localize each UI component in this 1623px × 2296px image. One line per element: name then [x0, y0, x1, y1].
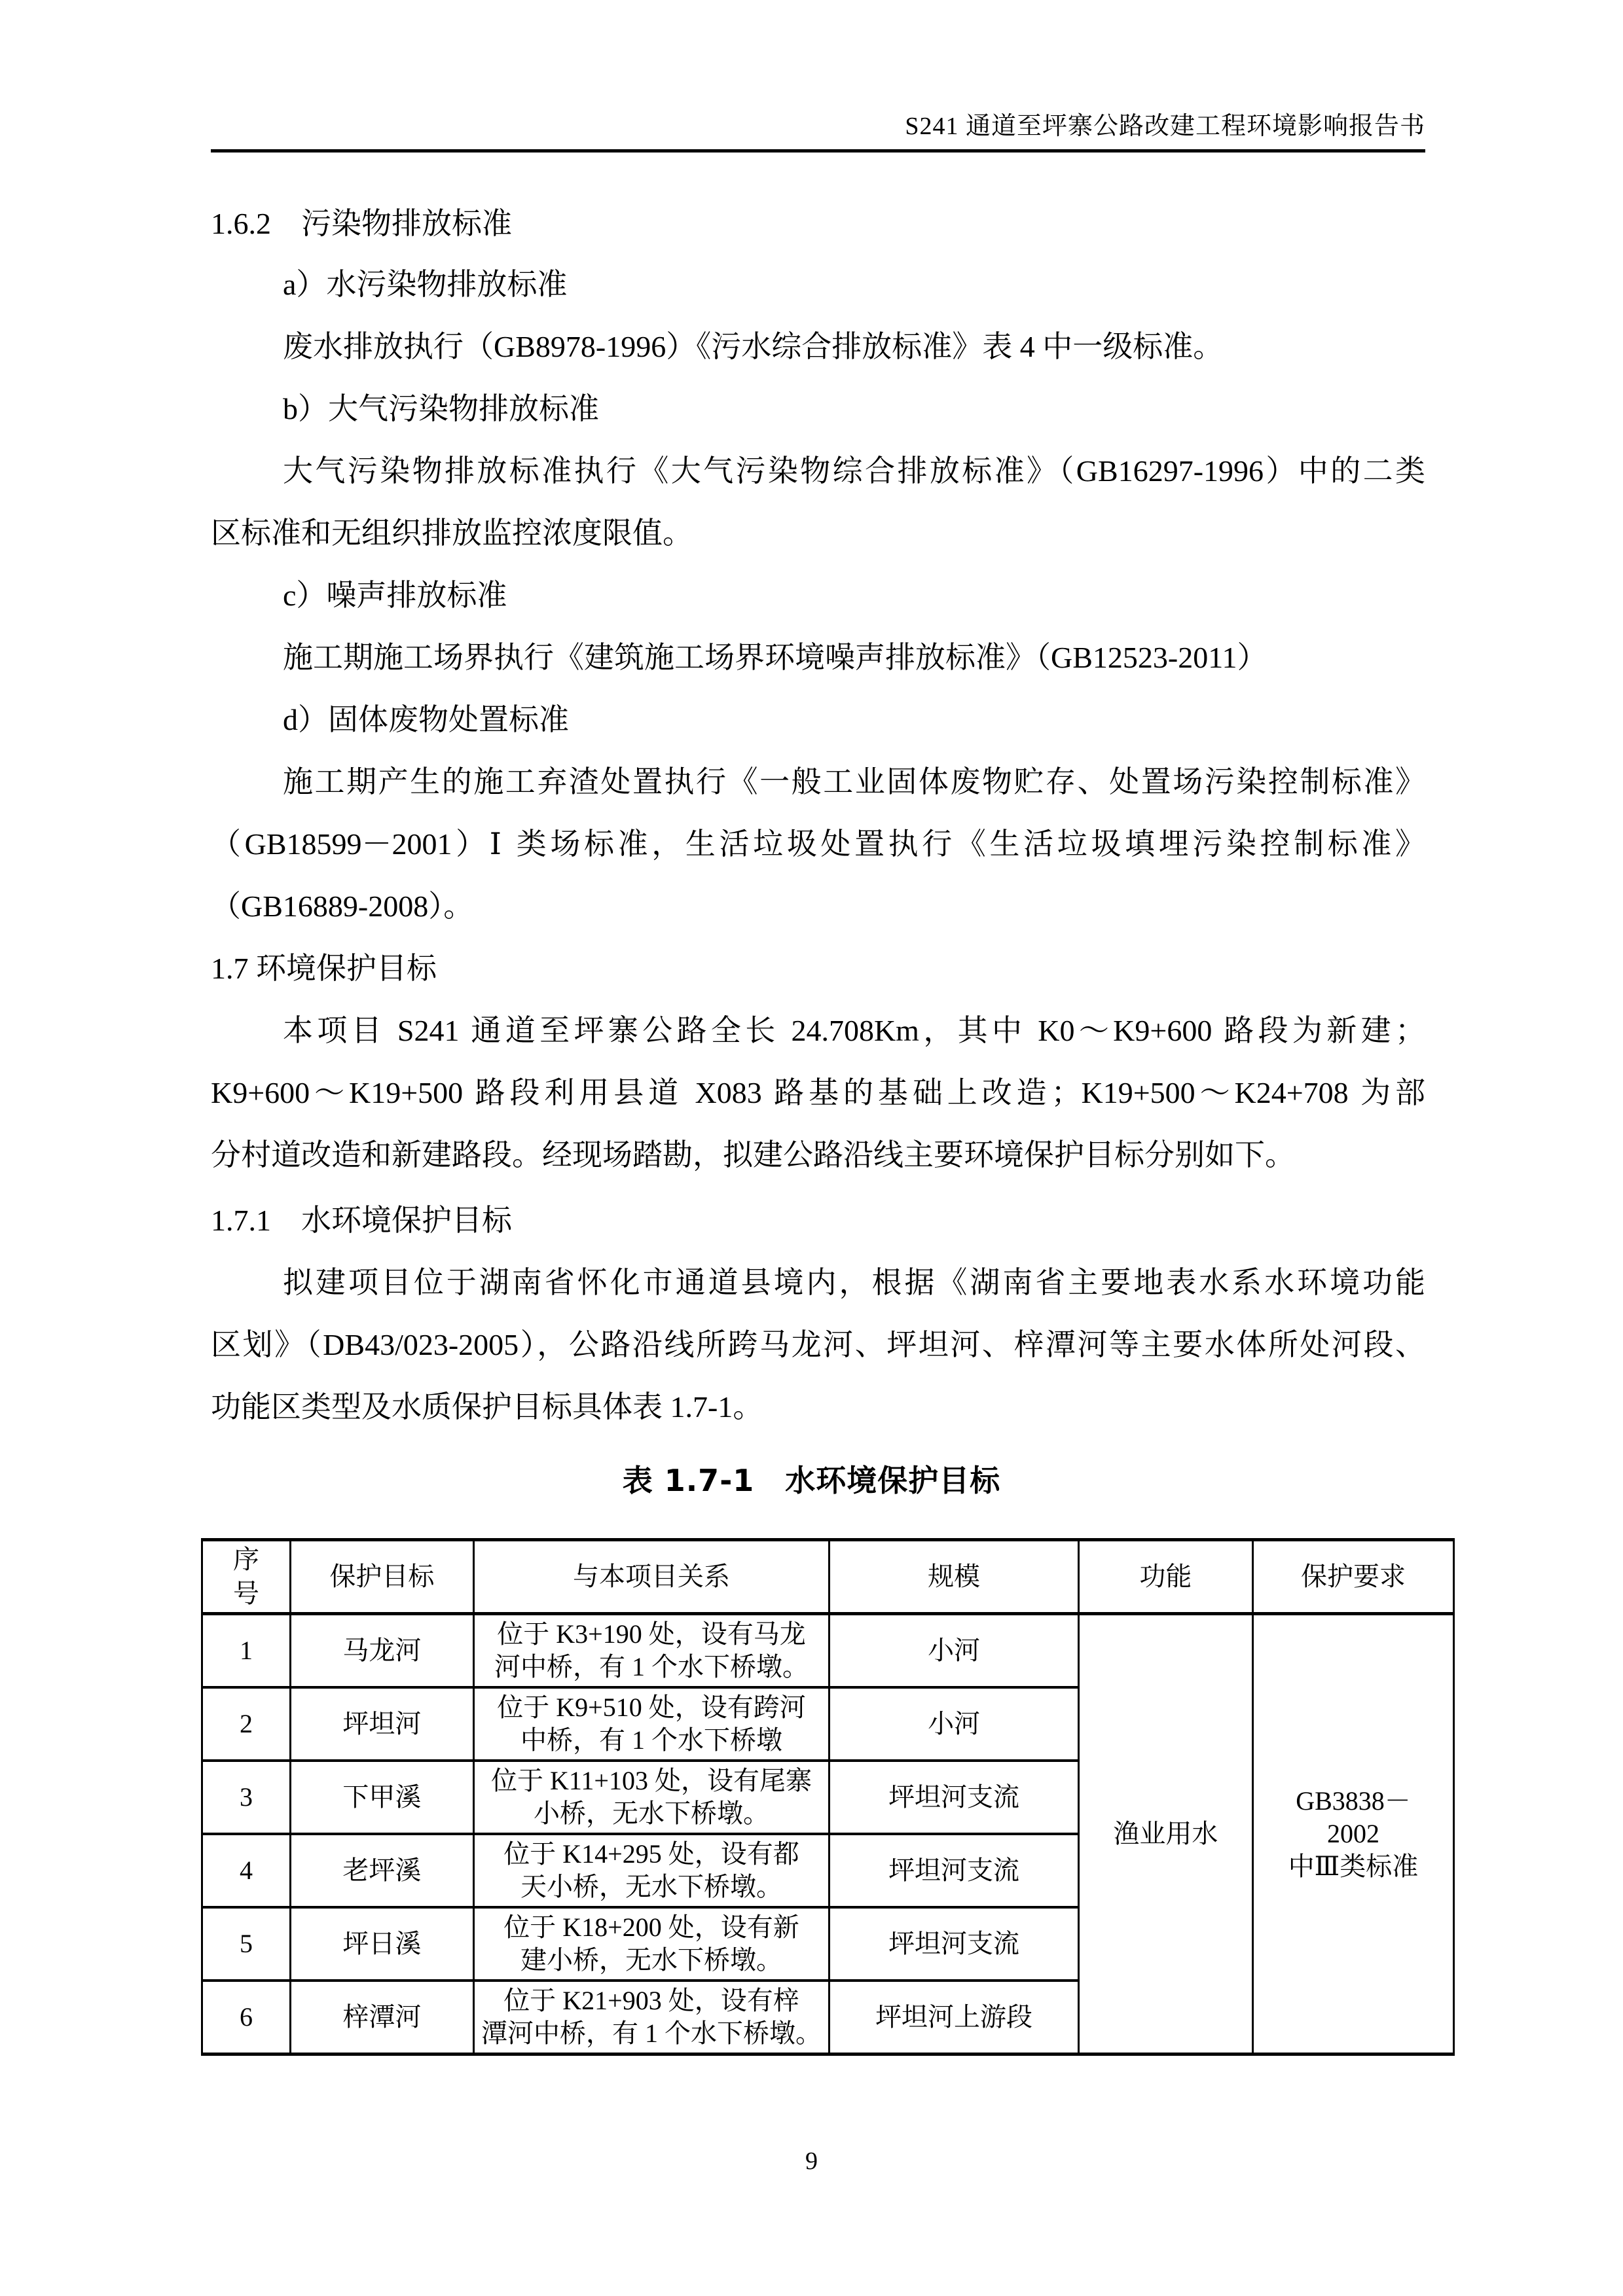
- subsection-d-line-2: （GB18599－2001）Ⅰ 类场标准，生活垃圾处置执行《生活垃圾填埋污染控制…: [211, 825, 1425, 864]
- row-num: 2: [202, 1687, 291, 1761]
- table-row: 1 马龙河 位于 K3+190 处，设有马龙 河中桥，有 1 个水下桥墩。 小河…: [202, 1614, 1454, 1688]
- requirement-line-3: 中Ⅲ类标准: [1288, 1852, 1419, 1881]
- row-relation: 位于 K3+190 处，设有马龙 河中桥，有 1 个水下桥墩。: [473, 1614, 830, 1688]
- merged-function-cell: 渔业用水: [1078, 1614, 1252, 2054]
- subsection-d-title: d）固体废物处置标准: [283, 700, 569, 740]
- section-1-7-line-3: 分村道改造和新建路段。经现场踏勘，拟建公路沿线主要环境保护目标分别如下。: [211, 1136, 1295, 1175]
- subsection-a-title: a）水污染物排放标准: [283, 265, 567, 304]
- header-scale: 规模: [830, 1540, 1078, 1614]
- row-relation: 位于 K14+295 处，设有都 天小桥，无水下桥墩。: [473, 1834, 830, 1907]
- subsection-d-line-3: （GB16889-2008）。: [211, 887, 473, 926]
- row-scale: 坪坦河支流: [830, 1834, 1078, 1907]
- relation-line-2: 中桥，有 1 个水下桥墩: [520, 1725, 782, 1756]
- relation-line-2: 天小桥，无水下桥墩。: [520, 1871, 782, 1903]
- requirement-line-1: GB3838－: [1296, 1786, 1411, 1816]
- row-scale: 坪坦河支流: [830, 1907, 1078, 1981]
- row-num: 6: [202, 1981, 291, 2054]
- section-1-7-line-1: 本项目 S241 通道至坪寨公路全长 24.708Km，其中 K0～K9+600…: [283, 1011, 1425, 1050]
- merged-requirement-cell: GB3838－ 2002 中Ⅲ类标准: [1252, 1614, 1453, 2054]
- relation-line-1: 位于 K21+903 处，设有梓: [503, 1985, 799, 2017]
- header-function: 功能: [1078, 1540, 1252, 1614]
- header-target: 保护目标: [291, 1540, 474, 1614]
- subsection-c-title: c）噪声排放标准: [283, 576, 507, 615]
- header-num-label: 序号: [232, 1543, 261, 1611]
- page-header: S241 通道至坪寨公路改建工程环境影响报告书: [211, 110, 1425, 152]
- header-requirement: 保护要求: [1252, 1540, 1453, 1614]
- row-relation: 位于 K21+903 处，设有梓 潭河中桥，有 1 个水下桥墩。: [473, 1981, 830, 2054]
- relation-line-1: 位于 K3+190 处，设有马龙: [497, 1619, 805, 1650]
- row-target: 老坪溪: [291, 1834, 474, 1907]
- section-heading-1-6-2: 1.6.2 污染物排放标准: [211, 204, 512, 243]
- row-relation: 位于 K11+103 处，设有尾寨 小桥，无水下桥墩。: [473, 1761, 830, 1834]
- section-1-7-line-2: K9+600～K19+500 路段利用县道 X083 路基的基础上改造；K19+…: [211, 1073, 1425, 1113]
- requirement-line-2: 2002: [1327, 1819, 1379, 1848]
- page-number: 9: [0, 2147, 1623, 2176]
- row-num: 1: [202, 1614, 291, 1688]
- row-target: 坪坦河: [291, 1687, 474, 1761]
- row-target: 下甲溪: [291, 1761, 474, 1834]
- document-title: S241 通道至坪寨公路改建工程环境影响报告书: [905, 110, 1425, 143]
- row-target: 梓潭河: [291, 1981, 474, 2054]
- relation-line-2: 小桥，无水下桥墩。: [534, 1798, 769, 1829]
- row-target: 坪日溪: [291, 1907, 474, 1981]
- section-heading-1-7-1: 1.7.1 水环境保护目标: [211, 1201, 512, 1240]
- section-1-7-1-line-1: 拟建项目位于湖南省怀化市通道县境内，根据《湖南省主要地表水系水环境功能: [283, 1263, 1425, 1302]
- relation-line-1: 位于 K14+295 处，设有都: [503, 1839, 799, 1870]
- row-target: 马龙河: [291, 1614, 474, 1688]
- section-1-7-1-line-2: 区划》（DB43/023-2005），公路沿线所跨马龙河、坪坦河、梓潭河等主要水…: [211, 1325, 1425, 1365]
- row-num: 5: [202, 1907, 291, 1981]
- subsection-a-text: 废水排放执行（GB8978-1996）《污水综合排放标准》表 4 中一级标准。: [283, 327, 1223, 367]
- relation-line-1: 位于 K18+200 处，设有新: [503, 1912, 799, 1943]
- subsection-b-title: b）大气污染物排放标准: [283, 389, 599, 429]
- table-header-row: 序号 保护目标 与本项目关系 规模 功能 保护要求: [202, 1540, 1454, 1614]
- section-1-7-1-line-3: 功能区类型及水质保护目标具体表 1.7-1。: [211, 1388, 763, 1427]
- row-relation: 位于 K9+510 处，设有跨河 中桥，有 1 个水下桥墩: [473, 1687, 830, 1761]
- row-scale: 坪坦河上游段: [830, 1981, 1078, 2054]
- row-scale: 小河: [830, 1614, 1078, 1688]
- relation-line-1: 位于 K9+510 处，设有跨河: [497, 1692, 805, 1723]
- subsection-d-line-1: 施工期产生的施工弃渣处置执行《一般工业固体废物贮存、处置场污染控制标准》: [283, 762, 1425, 802]
- section-heading-1-7: 1.7 环境保护目标: [211, 949, 437, 988]
- water-protection-table: 序号 保护目标 与本项目关系 规模 功能 保护要求 1 马龙河 位于 K3+19…: [201, 1538, 1455, 2056]
- row-num: 3: [202, 1761, 291, 1834]
- relation-line-2: 潭河中桥，有 1 个水下桥墩。: [481, 2018, 822, 2049]
- subsection-c-text: 施工期施工场界执行《建筑施工场界环境噪声排放标准》（GB12523-2011）: [283, 638, 1267, 677]
- row-num: 4: [202, 1834, 291, 1907]
- row-relation: 位于 K18+200 处，设有新 建小桥，无水下桥墩。: [473, 1907, 830, 1981]
- row-scale: 坪坦河支流: [830, 1761, 1078, 1834]
- row-scale: 小河: [830, 1687, 1078, 1761]
- relation-line-1: 位于 K11+103 处，设有尾寨: [491, 1765, 812, 1797]
- subsection-b-line-2: 区标准和无组织排放监控浓度限值。: [211, 514, 693, 553]
- subsection-b-line-1: 大气污染物排放标准执行《大气污染物综合排放标准》（GB16297-1996）中的…: [283, 452, 1425, 491]
- relation-line-2: 河中桥，有 1 个水下桥墩。: [494, 1651, 809, 1683]
- header-num: 序号: [202, 1540, 291, 1614]
- relation-line-2: 建小桥，无水下桥墩。: [520, 1945, 782, 1976]
- table-caption: 表 1.7-1 水环境保护目标: [0, 1461, 1623, 1500]
- header-relation: 与本项目关系: [473, 1540, 830, 1614]
